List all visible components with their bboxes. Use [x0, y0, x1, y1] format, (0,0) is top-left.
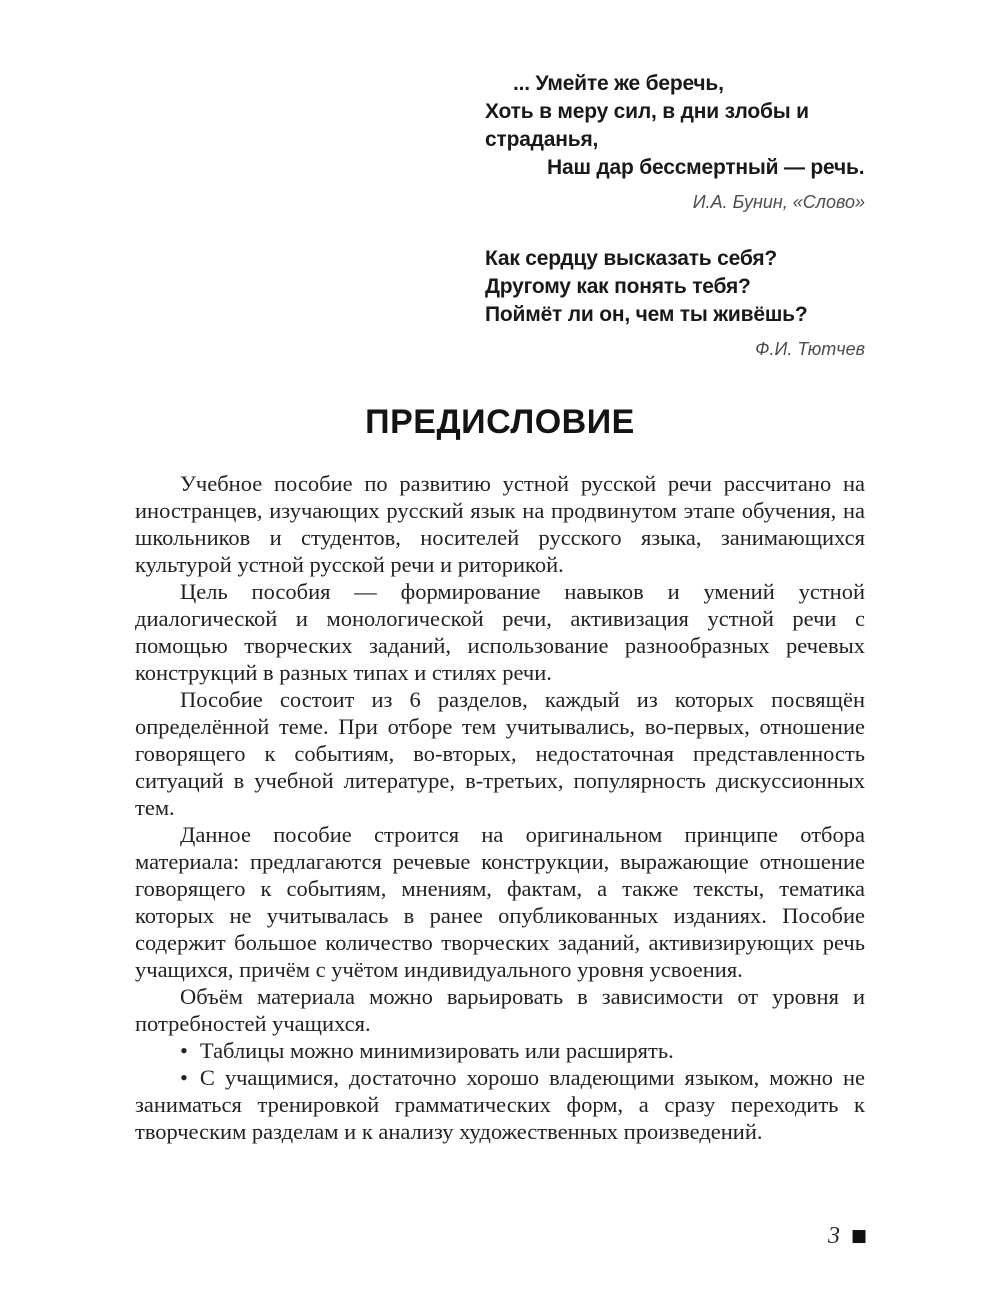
epigraph-line: ... Умейте же беречь,: [485, 70, 865, 98]
bullet-text: С учащимися, достаточно хорошо владеющим…: [135, 1065, 865, 1144]
bullet-text: Таблицы можно минимизировать или расширя…: [200, 1038, 674, 1063]
paragraph: Объём материала можно варьировать в зави…: [135, 983, 865, 1037]
epigraph-tyutchev: Как сердцу высказать себя? Другому как п…: [485, 245, 865, 360]
epigraph-line: страданья,: [485, 126, 865, 154]
epigraph-line: Поймёт ли он, чем ты живёшь?: [485, 301, 865, 329]
epigraphs-section: ... Умейте же беречь, Хоть в меру сил, в…: [485, 0, 865, 360]
epigraph-bunin: ... Умейте же беречь, Хоть в меру сил, в…: [485, 70, 865, 213]
paragraph: Учебное пособие по развитию устной русск…: [135, 470, 865, 578]
epigraph-line: Хоть в меру сил, в дни злобы и: [485, 98, 865, 126]
epigraph-line: Другому как понять тебя?: [485, 273, 865, 301]
paragraph: Цель пособия — формирование навыков и ум…: [135, 578, 865, 686]
body-text: Учебное пособие по развитию устной русск…: [135, 470, 865, 1145]
epigraph-attribution: И.А. Бунин, «Слово»: [485, 191, 865, 213]
page-title: ПРЕДИСЛОВИЕ: [0, 404, 1000, 440]
square-marker-icon: ■: [851, 1228, 867, 1245]
page-footer: 3 ■: [828, 1223, 867, 1250]
epigraph-line: Как сердцу высказать себя?: [485, 245, 865, 273]
page-number: 3: [828, 1223, 840, 1250]
epigraph-attribution: Ф.И. Тютчев: [485, 338, 865, 360]
paragraph: Пособие состоит из 6 разделов, каждый из…: [135, 686, 865, 821]
book-page: ... Умейте же беречь, Хоть в меру сил, в…: [0, 0, 1000, 1300]
paragraph: Данное пособие строится на оригинальном …: [135, 821, 865, 983]
bullet-icon: •: [180, 1038, 188, 1063]
bullet-paragraph: •Таблицы можно минимизировать или расшир…: [135, 1037, 865, 1064]
bullet-icon: •: [180, 1065, 188, 1090]
epigraph-line: Наш дар бессмертный — речь.: [485, 154, 865, 182]
bullet-paragraph: •С учащимися, достаточно хорошо владеющи…: [135, 1064, 865, 1145]
